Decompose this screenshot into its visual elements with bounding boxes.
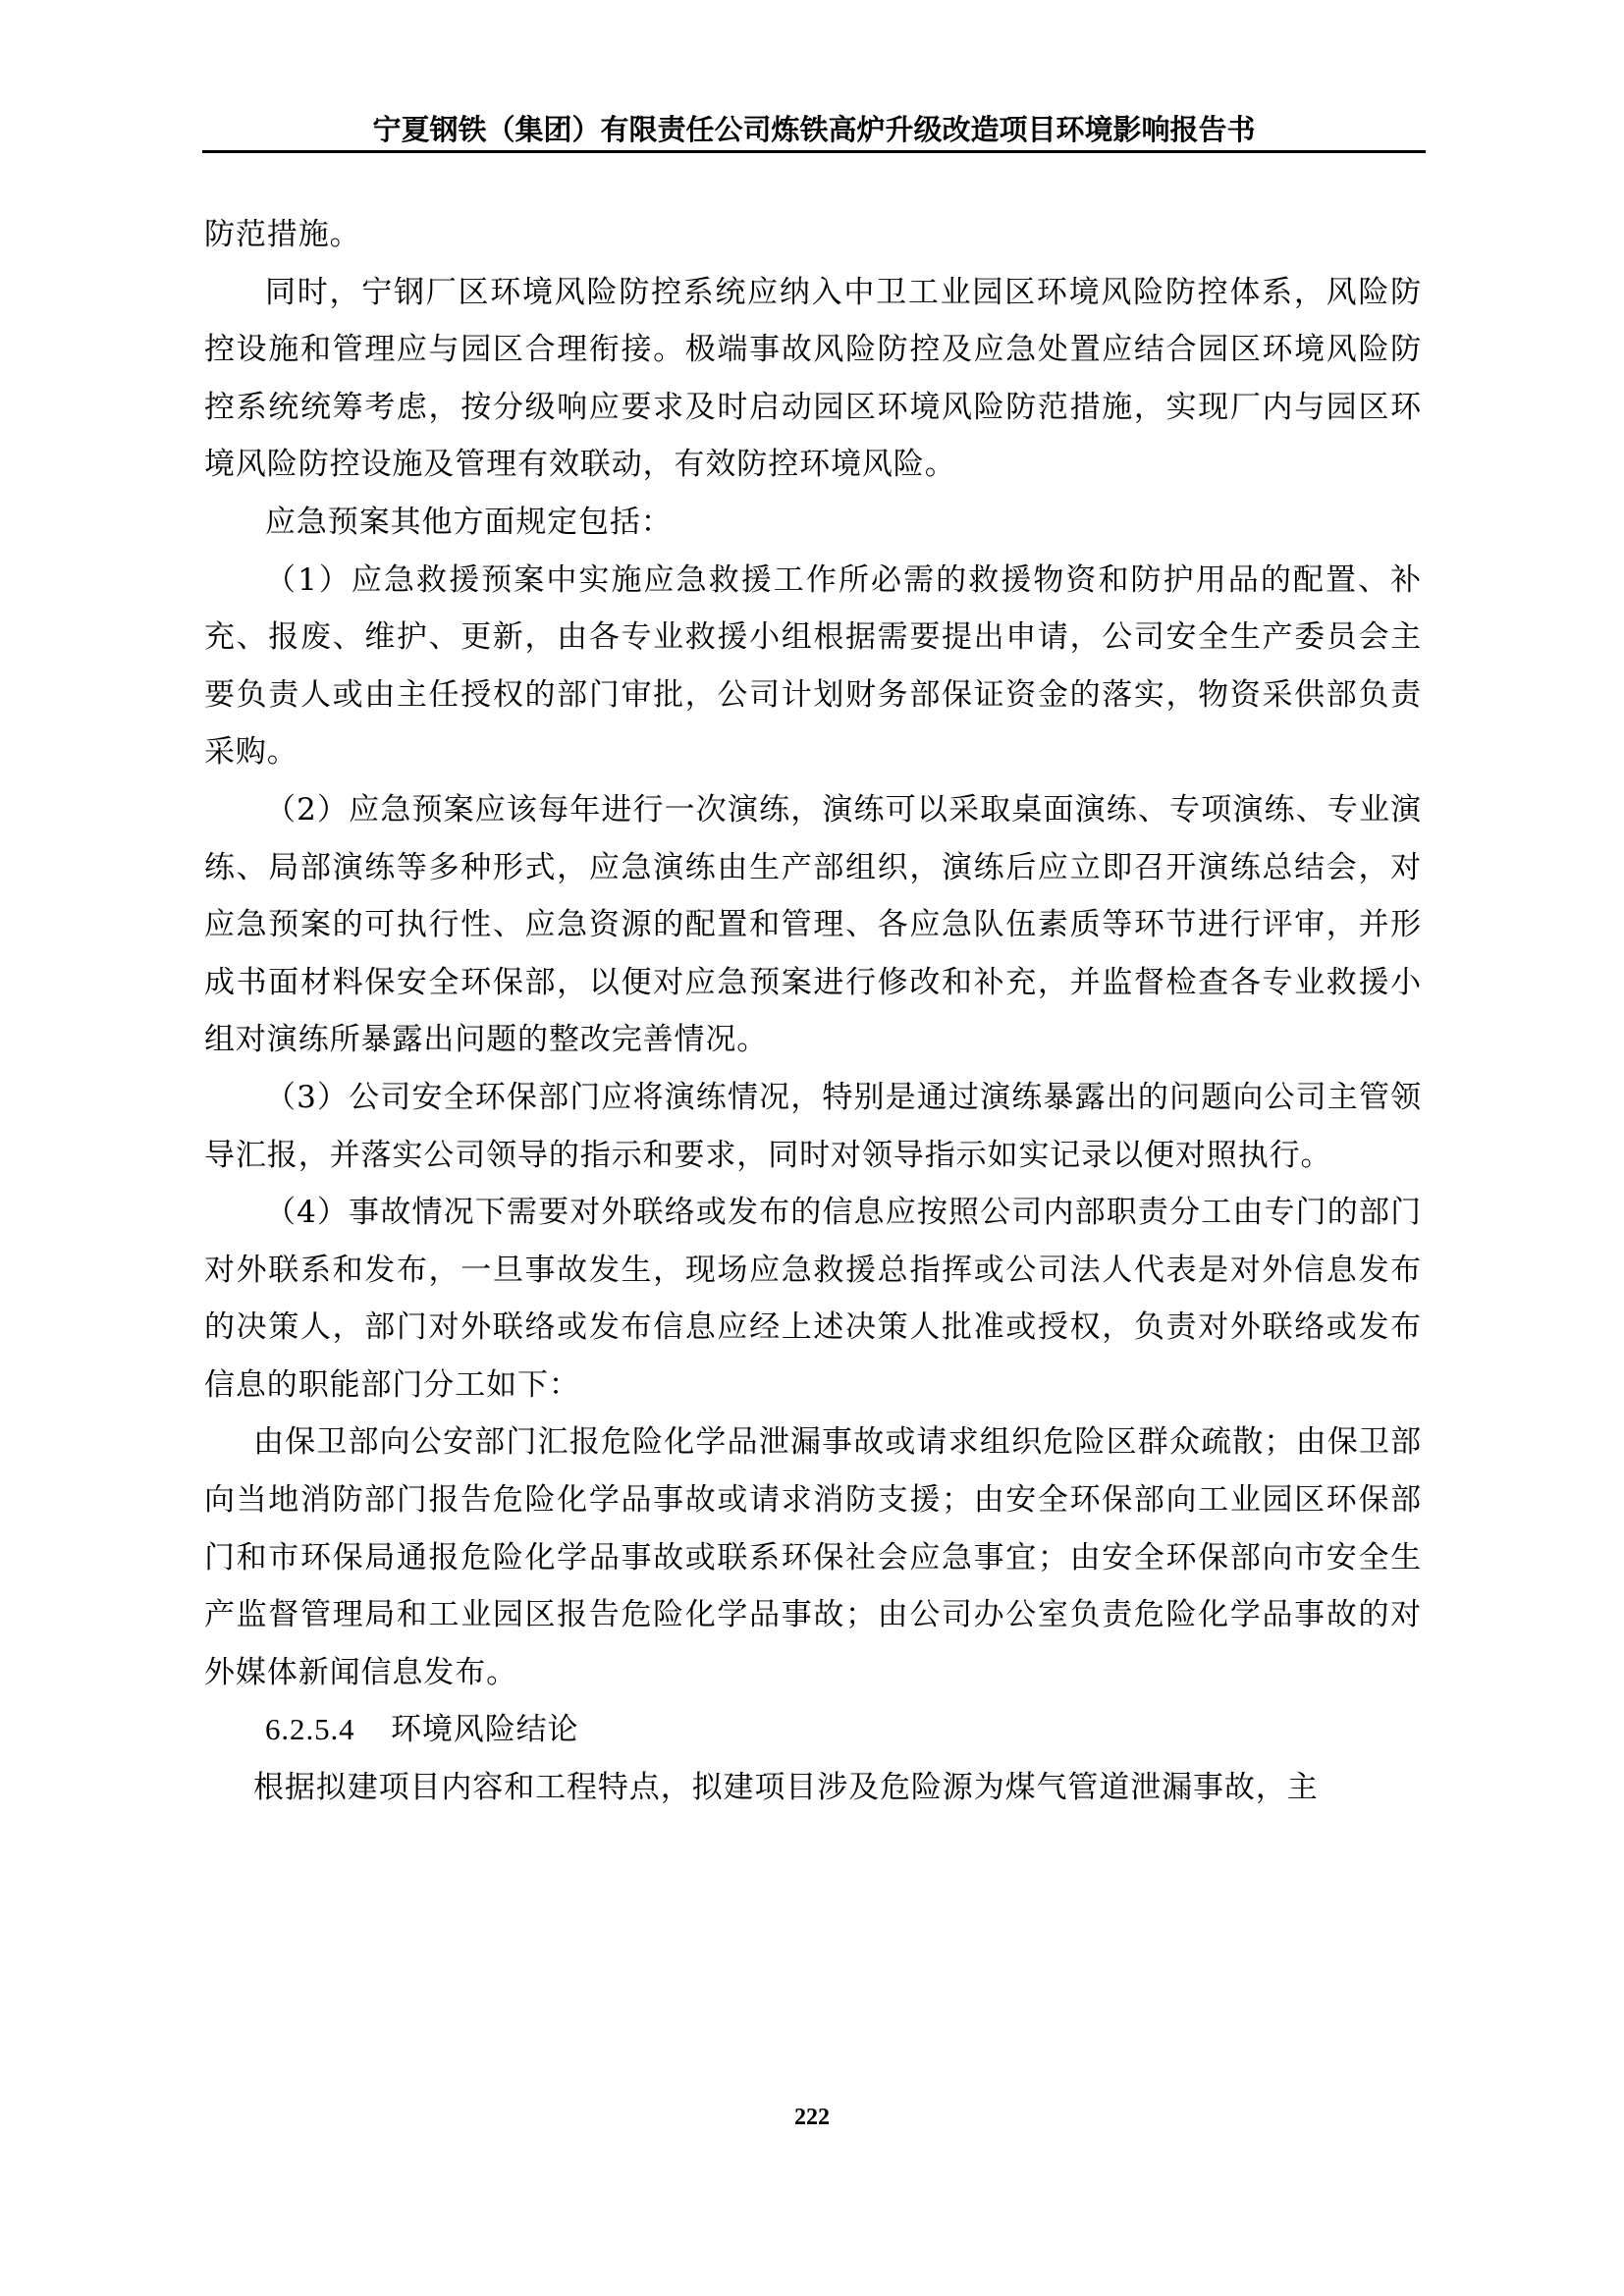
document-page: 宁夏钢铁（集团）有限责任公司炼铁高炉升级改造项目环境影响报告书 防范措施。 同时…	[0, 0, 1624, 2296]
paragraph-item-2: （2）应急预案应该每年进行一次演练，演练可以采取桌面演练、专项演练、专业演练、局…	[204, 781, 1422, 1069]
paragraph-continuation: 防范措施。	[204, 206, 1422, 264]
paragraph-other-provisions-intro: 应急预案其他方面规定包括：	[204, 494, 1422, 552]
paragraph-risk-conclusion: 根据拟建项目内容和工程特点，拟建项目涉及危险源为煤气管道泄漏事故，主	[204, 1759, 1422, 1817]
paragraph-department-duties: 由保卫部向公安部门汇报危险化学品泄漏事故或请求组织危险区群众疏散；由保卫部向当地…	[204, 1414, 1422, 1701]
section-heading: 6.2.5.4环境风险结论	[204, 1701, 1422, 1759]
paragraph-item-4: （4）事故情况下需要对外联络或发布的信息应按照公司内部职责分工由专门的部门对外联…	[204, 1184, 1422, 1414]
paragraph-risk-integration: 同时，宁钢厂区环境风险防控系统应纳入中卫工业园区环境风险防控体系，风险防控设施和…	[204, 264, 1422, 494]
section-title: 环境风险结论	[391, 1712, 578, 1747]
header-rule	[202, 150, 1426, 153]
paragraph-item-1: （1）应急救援预案中实施应急救援工作所必需的救援物资和防护用品的配置、补充、报废…	[204, 552, 1422, 781]
body-text: 防范措施。 同时，宁钢厂区环境风险防控系统应纳入中卫工业园区环境风险防控体系，风…	[204, 206, 1422, 1817]
section-number: 6.2.5.4	[265, 1701, 391, 1759]
page-number: 222	[0, 2103, 1624, 2132]
paragraph-item-3: （3）公司安全环保部门应将演练情况，特别是通过演练暴露出的问题向公司主管领导汇报…	[204, 1069, 1422, 1184]
running-header-title: 宁夏钢铁（集团）有限责任公司炼铁高炉升级改造项目环境影响报告书	[202, 112, 1426, 147]
